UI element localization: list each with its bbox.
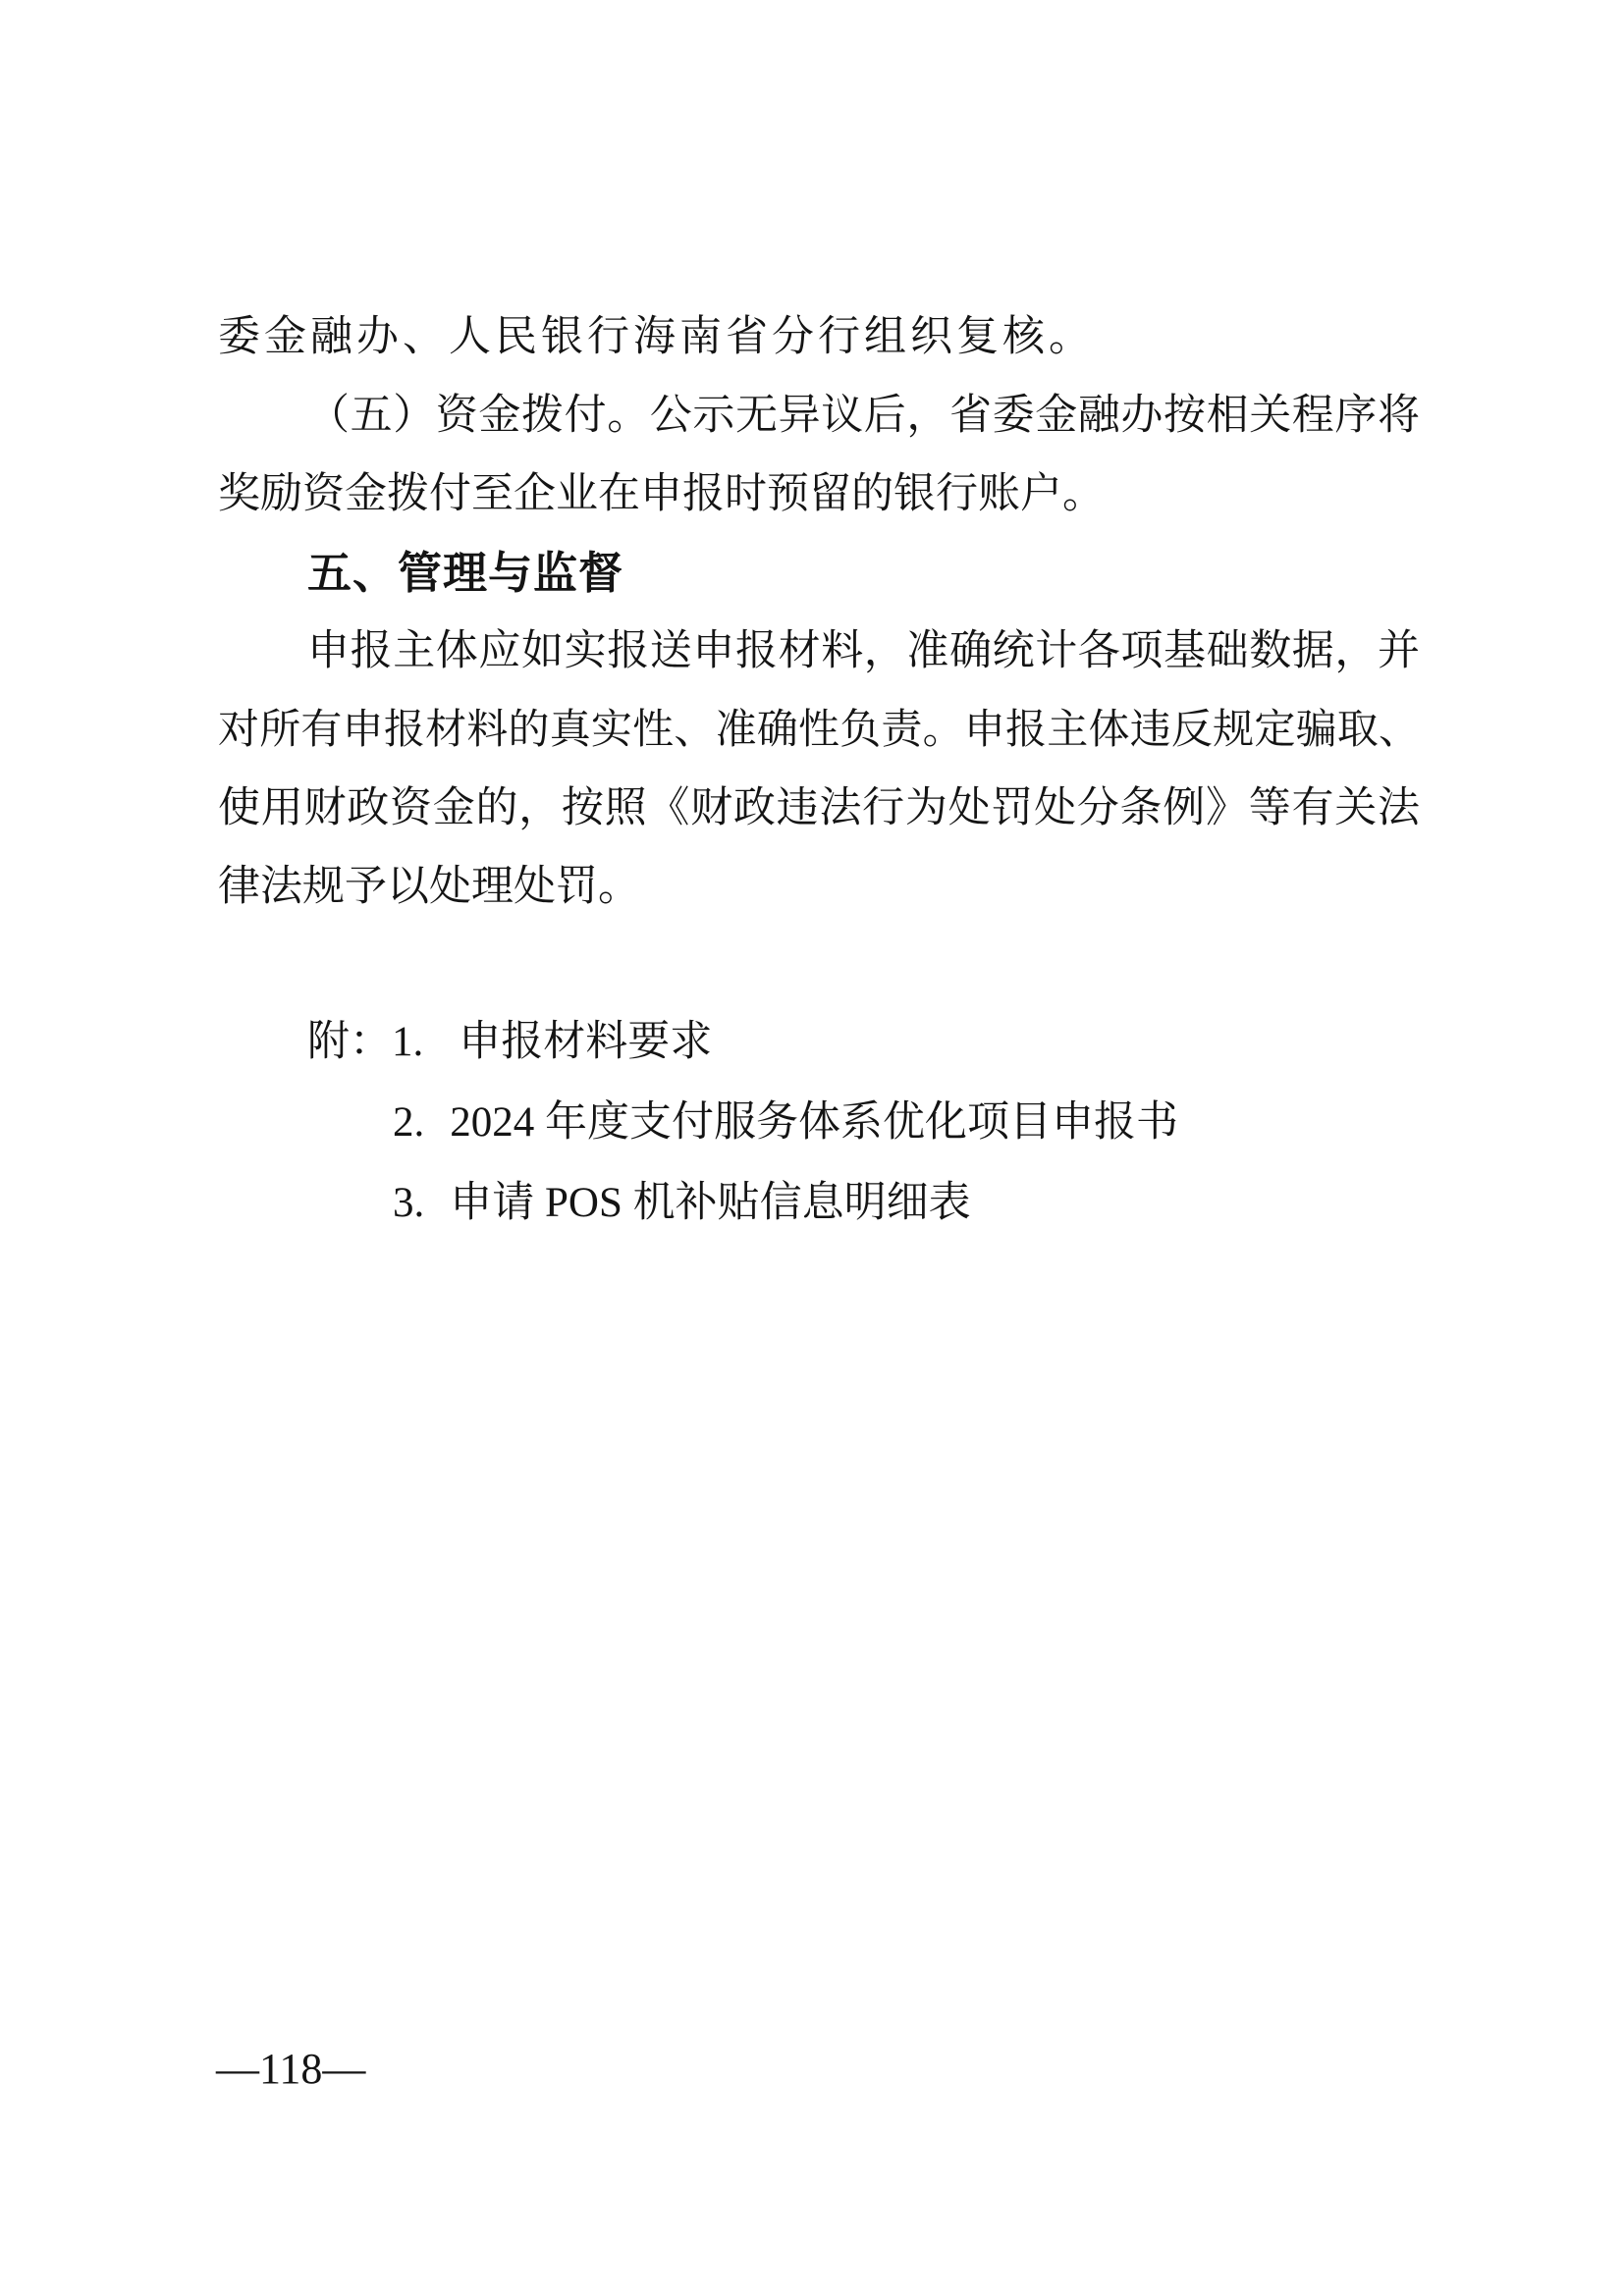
body-line-clause5-1: （五）资金拨付。公示无异议后，省委金融办按相关程序将 [218,377,1420,455]
attachment-lead: 附： [307,1019,392,1065]
attachment-title: 申请 POS 机补贴信息明细表 [450,1164,970,1243]
body-line-section5-1: 申报主体应如实报送申报材料，准确统计各项基础数据，并 [218,613,1420,691]
attachment-title: 2024 年度支付服务体系优化项目申报书 [450,1084,1178,1162]
attachment-line-3: 3.申请 POS 机补贴信息明细表 [218,1164,1420,1243]
attachment-title: 申报材料要求 [459,1003,712,1082]
attachment-line-2: 2.2024 年度支付服务体系优化项目申报书 [218,1084,1420,1162]
attachment-line-1: 附：1.申报材料要求 [218,1003,1420,1082]
document-page: 委金融办、人民银行海南省分行组织复核。 （五）资金拨付。公示无异议后，省委金融办… [0,0,1624,2296]
page-number: —118— [216,2044,365,2095]
attachment-number: 2. [393,1084,424,1162]
body-line-clause5-2: 奖励资金拨付至企业在申报时预留的银行账户。 [218,455,1420,534]
body-line-paragraph-end: 委金融办、人民银行海南省分行组织复核。 [218,298,1420,377]
body-line-section5-4: 律法规予以处理处罚。 [218,848,1420,927]
attachment-number: 1. [392,1003,423,1082]
body-line-section5-2: 对所有申报材料的真实性、准确性负责。申报主体违反规定骗取、 [218,691,1420,770]
attachment-number: 3. [393,1164,424,1243]
body-line-section5-3: 使用财政资金的，按照《财政违法行为处罚处分条例》等有关法 [218,770,1420,848]
section-heading: 五、管理与监督 [218,534,1420,613]
